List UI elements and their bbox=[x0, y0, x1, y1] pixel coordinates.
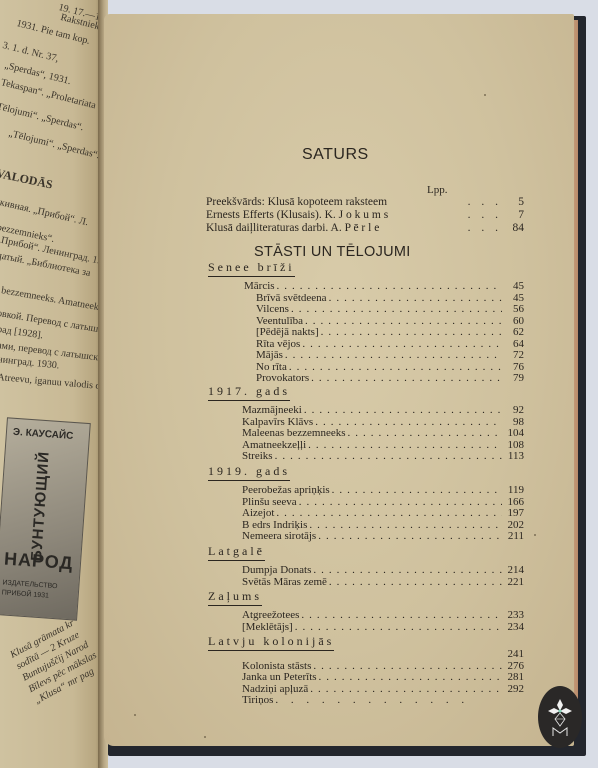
toc-entry-title: Atgreežotees bbox=[242, 610, 299, 622]
toc-entry-title: Mājās bbox=[256, 350, 283, 362]
table-of-contents: SATURS Lpp. Preekšvārds: Klusā kopoteem … bbox=[104, 14, 574, 746]
toc-group: Zaļums Atgreežotees.....................… bbox=[208, 587, 524, 633]
cover-caption: Klusā grāmata kr sodītā — 2 Kruze Buntuj… bbox=[8, 615, 104, 708]
leader-dots: ................................. bbox=[346, 428, 502, 440]
toc-row: Peerobežas apriņķis.....................… bbox=[208, 485, 524, 497]
leader-dots: . . . bbox=[387, 196, 506, 209]
group-title: Latgalē bbox=[208, 544, 265, 561]
toc-row: Vilcens.................................… bbox=[208, 304, 524, 316]
leader-dots: ................................. bbox=[303, 316, 502, 328]
toc-row: Klusā daiļliteraturas darbi. A. P ē r l … bbox=[206, 222, 524, 235]
toc-group: Latvju kolonijās 241 Kolonista stāsts...… bbox=[208, 632, 524, 707]
left-page-line: Atreevu, iganuu valodis dr- bbox=[0, 372, 104, 393]
toc-entry-title: Preekšvārds: Klusā kopoteem raksteem bbox=[206, 196, 387, 209]
toc-entry-title: Mazmājneeki bbox=[242, 405, 302, 417]
leader-dots: ................................. bbox=[316, 531, 502, 543]
toc-entry-page: 104 bbox=[502, 428, 524, 440]
right-page: SATURS Lpp. Preekšvārds: Klusā kopoteem … bbox=[104, 14, 574, 746]
leader-dots: ................................. bbox=[273, 451, 502, 463]
cover-title: БУНТУЮЩИЙ bbox=[28, 450, 53, 561]
leader-dots: . . . bbox=[379, 222, 506, 235]
toc-entry-page: 113 bbox=[502, 451, 524, 463]
toc-entry-title: Klusā daiļliteraturas darbi. A. P ē r l … bbox=[206, 222, 379, 235]
left-page-heading: VALODĀS bbox=[0, 166, 54, 193]
leader-dots: ................................. bbox=[317, 672, 502, 684]
toc-entry-page: 92 bbox=[502, 405, 524, 417]
toc-entry-title: [Pēdējā nakts] bbox=[256, 327, 319, 339]
leader-dots bbox=[208, 649, 502, 661]
toc-entry-page: 281 bbox=[502, 672, 524, 684]
toc-row: Nemeera sirotājs........................… bbox=[208, 531, 524, 543]
toc-entry-page: 211 bbox=[502, 531, 524, 543]
toc-entry-page: 5 bbox=[506, 196, 524, 209]
toc-row: 241 bbox=[208, 649, 524, 661]
toc-entry-page: 119 bbox=[502, 485, 524, 497]
toc-row: Streiks.................................… bbox=[208, 451, 524, 463]
toc-row: Janka un Peterīts.......................… bbox=[208, 672, 524, 684]
leader-dots: ................................. bbox=[306, 440, 502, 452]
leader-dots: ................................. bbox=[299, 610, 502, 622]
leader-dots: ................................. bbox=[300, 339, 502, 351]
toc-entry-title: Mārcis bbox=[244, 281, 275, 293]
leader-dots: ................................. bbox=[274, 508, 502, 520]
left-page-line: рад [1928]. bbox=[0, 324, 44, 341]
toc-row: Ernests Efferts (Klusais). K. J o k u m … bbox=[206, 209, 524, 222]
left-page-line: „Tēlojumi“. „Sperdas“. bbox=[7, 128, 100, 161]
group-title: Zaļums bbox=[208, 589, 262, 606]
left-page: 19. 17.—18. 1932. Rakstnieku Savienība 1… bbox=[0, 0, 104, 768]
toc-entry-title: Peerobežas apriņķis bbox=[242, 485, 330, 497]
leader-dots: ................................. bbox=[275, 281, 502, 293]
toc-row: [Pēdējā nakts]..........................… bbox=[208, 327, 524, 339]
leader-dots: ................................. bbox=[330, 485, 502, 497]
page-column-label: Lpp. bbox=[427, 184, 447, 196]
toc-entry-page: 197 bbox=[502, 508, 524, 520]
toc-entry-title: Ernests Efferts (Klusais). K. J o k u m … bbox=[206, 209, 388, 222]
toc-entry-page: 62 bbox=[502, 327, 524, 339]
leader-dots: ................................. bbox=[319, 327, 502, 339]
toc-row: Maleenas bezzemneeks....................… bbox=[208, 428, 524, 440]
leader-dots: . . . bbox=[388, 209, 506, 222]
toc-entry-page: 7 bbox=[506, 209, 524, 222]
toc-entry-title: Nemeera sirotājs bbox=[242, 531, 316, 543]
toc-row: Mārcis.................................4… bbox=[208, 281, 524, 293]
group-title: 1917. gads bbox=[208, 384, 290, 401]
book-cover-illustration: Э. КАУСАЙС БУНТУЮЩИЙ НАРОД ИЗДАТЕЛЬСТВО … bbox=[0, 417, 91, 620]
front-matter-list: Preekšvārds: Klusā kopoteem raksteem. . … bbox=[206, 196, 524, 235]
toc-entry-title: Tiriņos bbox=[242, 695, 273, 707]
group-title: Senee brīži bbox=[208, 260, 295, 277]
toc-entry-page: 214 bbox=[502, 565, 524, 577]
leader-dots: ................................. bbox=[283, 350, 502, 362]
group-title: 1919. gads bbox=[208, 464, 290, 481]
toc-row: Mazmājneeki.............................… bbox=[208, 405, 524, 417]
toc-entry-title: Maleenas bezzemneeks bbox=[242, 428, 346, 440]
toc-group: 1917. gads Mazmājneeki..................… bbox=[208, 382, 524, 463]
leader-dots: ................................. bbox=[302, 405, 502, 417]
toc-entry-title: Vilcens bbox=[256, 304, 289, 316]
leader-dots: ................................. bbox=[311, 565, 502, 577]
toc-entry-page: 45 bbox=[502, 281, 524, 293]
toc-entry-page: 72 bbox=[502, 350, 524, 362]
leader-dots: ................................. bbox=[289, 304, 502, 316]
diamond-flower-monogram-icon bbox=[545, 695, 575, 739]
toc-row: Dumpja Donats...........................… bbox=[208, 565, 524, 577]
toc-row: Preekšvārds: Klusā kopoteem raksteem. . … bbox=[206, 196, 524, 209]
toc-entry-title: Streiks bbox=[242, 451, 273, 463]
left-page-line: s bezzemneeks. Amatneek- bbox=[0, 284, 103, 314]
left-page-line: нкивная. „Прибой“. Л. bbox=[0, 196, 89, 228]
leader-dots: ................................. bbox=[307, 520, 502, 532]
toc-entry-page: 56 bbox=[502, 304, 524, 316]
toc-row: Aizejot.................................… bbox=[208, 508, 524, 520]
toc-entry-title: Janka un Peterīts bbox=[242, 672, 317, 684]
leader-dots: ................................. bbox=[287, 362, 502, 374]
toc-entry-page: 241 bbox=[502, 649, 524, 661]
watermark-logo bbox=[538, 686, 582, 748]
toc-row: Tiriņos. . . . . . . . . . . . . bbox=[208, 695, 524, 707]
toc-entry-title: Aizejot bbox=[242, 508, 274, 520]
toc-group: 1919. gads Peerobežas apriņķis..........… bbox=[208, 462, 524, 543]
leader-dots: ................................. bbox=[308, 684, 502, 696]
toc-group: Latgalē Dumpja Donats...................… bbox=[208, 542, 524, 588]
leader-dots: . . . . . . . . . . . . . bbox=[273, 695, 502, 707]
toc-entry-page: 233 bbox=[502, 610, 524, 622]
cover-publisher: ИЗДАТЕЛЬСТВО ПРИБОЙ 1931 bbox=[1, 578, 78, 603]
leader-dots: ................................. bbox=[327, 293, 502, 305]
toc-entry-page: 292 bbox=[502, 684, 524, 696]
toc-group: Senee brīži Mārcis......................… bbox=[208, 258, 524, 385]
toc-title: SATURS bbox=[302, 146, 369, 164]
toc-entry-page: 84 bbox=[506, 222, 524, 235]
toc-entry-title: Dumpja Donats bbox=[242, 565, 311, 577]
toc-entry-page bbox=[502, 695, 524, 707]
toc-row: Mājās.................................72 bbox=[208, 350, 524, 362]
cover-author: Э. КАУСАЙС bbox=[13, 427, 74, 442]
leader-dots: ................................. bbox=[297, 497, 502, 509]
cover-subtitle: НАРОД bbox=[3, 548, 74, 574]
toc-row: Atgreežotees............................… bbox=[208, 610, 524, 622]
leader-dots: ................................. bbox=[311, 661, 502, 673]
